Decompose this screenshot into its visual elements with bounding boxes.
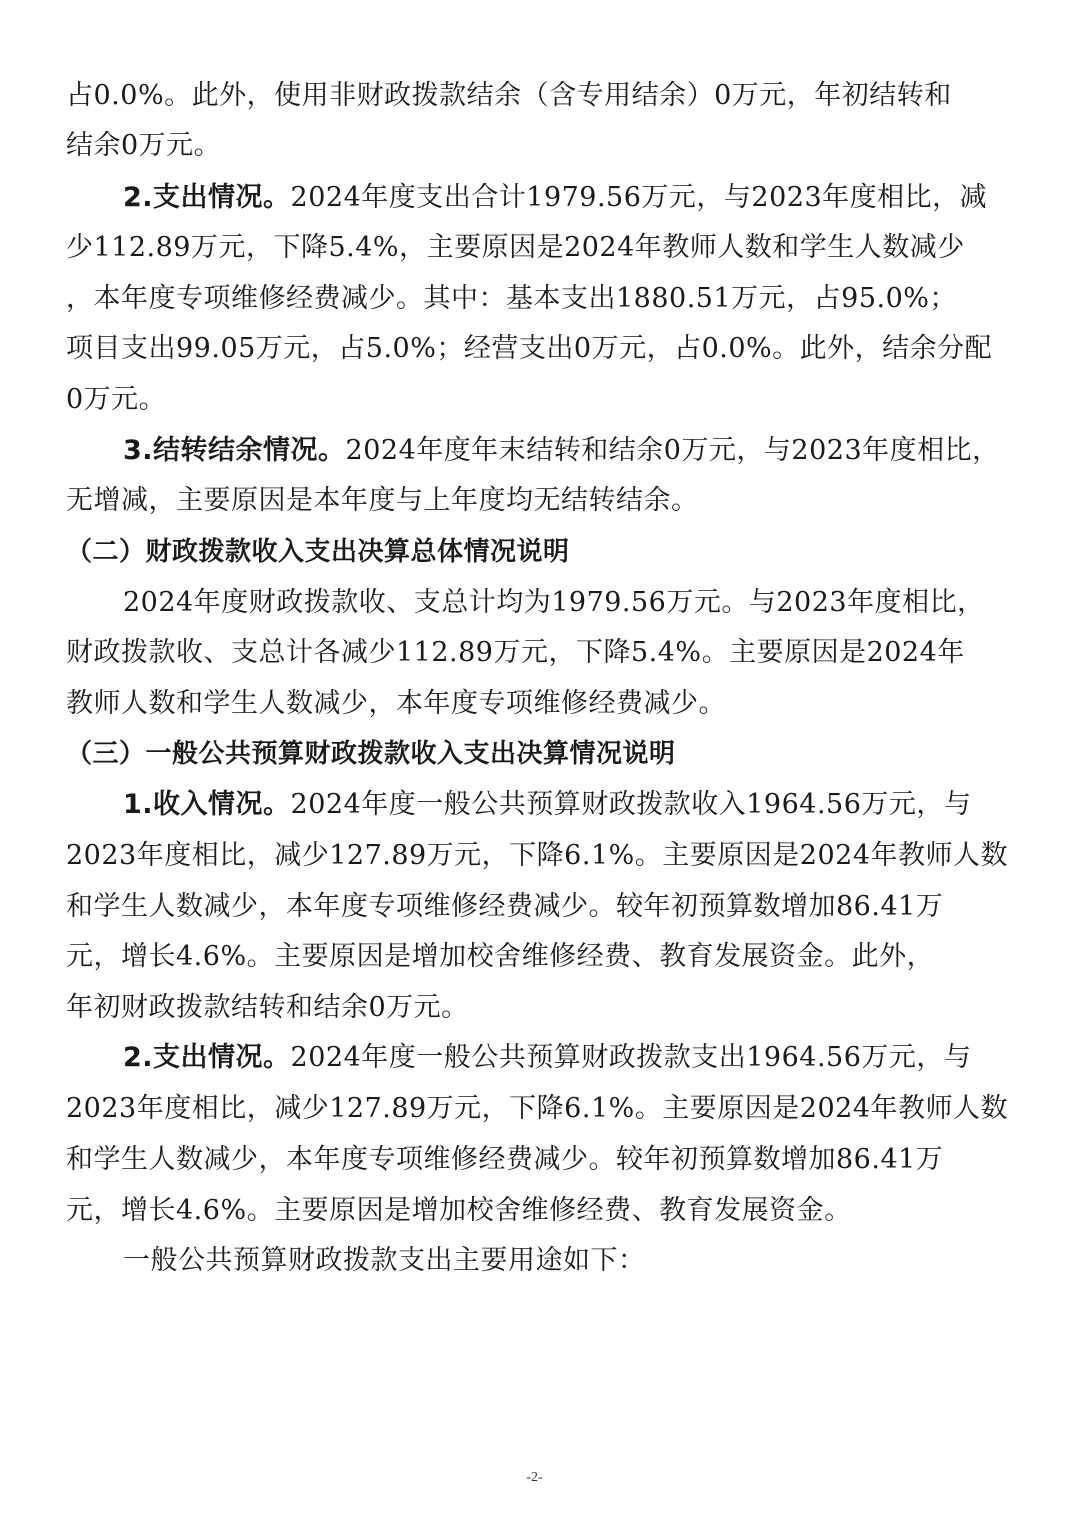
page-number: -2- — [0, 1470, 1069, 1486]
paragraph-line: 少112.89万元，下降5.4%，主要原因是2024年教师人数和学生人数减少 — [66, 230, 965, 266]
paragraph-text: 2024年度年末结转和结余0万元，与2023年度相比， — [346, 435, 1000, 466]
section-lead: 1.收入情况。 — [123, 789, 291, 820]
paragraph-line: 元，增长4.6%。主要原因是增加校舍维修经费、教育发展资金。 — [66, 1193, 852, 1229]
paragraph-line: ，本年度专项维修经费减少。其中：基本支出1880.51万元，占95.0%； — [66, 281, 957, 317]
paragraph-line: 元，增长4.6%。主要原因是增加校舍维修经费、教育发展资金。此外， — [66, 939, 934, 975]
paragraph-line: 2024年度财政拨款收、支总计均为1979.56万元。与2023年度相比， — [123, 585, 985, 621]
paragraph-line: 无增减，主要原因是本年度与上年度均无结转结余。 — [66, 483, 699, 519]
paragraph-text: 2024年度一般公共预算财政拨款支出1964.56万元，与 — [291, 1042, 972, 1073]
paragraph-line: 和学生人数减少，本年度专项维修经费减少。较年初预算数增加86.41万 — [66, 1142, 943, 1178]
section-lead: 3.结转结余情况。 — [123, 435, 346, 466]
paragraph-line: 和学生人数减少，本年度专项维修经费减少。较年初预算数增加86.41万 — [66, 889, 943, 925]
paragraph-line-carryover: 3.结转结余情况。2024年度年末结转和结余0万元，与2023年度相比， — [123, 433, 1000, 469]
paragraph-line: 项目支出99.05万元，占5.0%；经营支出0万元，占0.0%。此外，结余分配 — [66, 331, 992, 367]
paragraph-line: 结余0万元。 — [66, 128, 221, 164]
section-heading-2: （二）财政拨款收入支出决算总体情况说明 — [66, 534, 570, 570]
paragraph-line-income: 1.收入情况。2024年度一般公共预算财政拨款收入1964.56万元，与 — [123, 787, 971, 823]
paragraph-line-general-expenditure: 2.支出情况。2024年度一般公共预算财政拨款支出1964.56万元，与 — [123, 1040, 971, 1076]
paragraph-line: 财政拨款收、支总计各减少112.89万元，下降5.4%。主要原因是2024年 — [66, 635, 965, 671]
paragraph-text: 2024年度一般公共预算财政拨款收入1964.56万元，与 — [291, 789, 972, 820]
paragraph-line: 2023年度相比，减少127.89万元，下降6.1%。主要原因是2024年教师人… — [66, 1091, 1008, 1127]
section-lead: 2.支出情况。 — [123, 182, 291, 213]
section-heading-3: （三）一般公共预算财政拨款收入支出决算情况说明 — [66, 736, 676, 772]
paragraph-line: 0万元。 — [66, 382, 166, 418]
paragraph-line: 教师人数和学生人数减少，本年度专项维修经费减少。 — [66, 686, 726, 722]
paragraph-line-expenditure: 2.支出情况。2024年度支出合计1979.56万元，与2023年度相比，减 — [123, 180, 987, 216]
paragraph-line: 占0.0%。此外，使用非财政拨款结余（含专用结余）0万元，年初结转和 — [66, 78, 952, 114]
paragraph-line: 年初财政拨款结转和结余0万元。 — [66, 990, 469, 1026]
section-lead: 2.支出情况。 — [123, 1042, 291, 1073]
document-page: 占0.0%。此外，使用非财政拨款结余（含专用结余）0万元，年初结转和 结余0万元… — [0, 0, 1069, 1514]
paragraph-text: 2024年度支出合计1979.56万元，与2023年度相比，减 — [291, 182, 988, 213]
paragraph-line: 2023年度相比，减少127.89万元，下降6.1%。主要原因是2024年教师人… — [66, 838, 1008, 874]
paragraph-line: 一般公共预算财政拨款支出主要用途如下： — [123, 1243, 646, 1279]
